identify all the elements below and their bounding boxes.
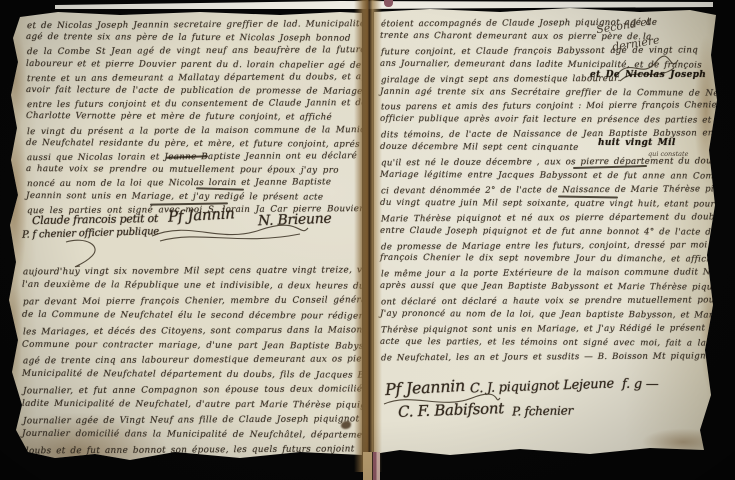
spine-binding-tab	[363, 452, 380, 480]
ribbon-bookmark-tip	[384, 0, 393, 7]
scanned-manuscript-photo: et de Nicolas Joseph Jeannin secretaire …	[0, 0, 735, 480]
signature-jannin-flourish: Pf Jannin	[168, 204, 235, 225]
manuscript-line: du vingt quatre juin Mil sept soixante, …	[380, 197, 735, 213]
manuscript-line: entre Claude Joseph piquignot et de fut …	[380, 224, 735, 240]
interline-insert-date-correction: huit vingt Mil	[598, 138, 676, 148]
interline-insert-nicolas-joseph: et De Nicolas Joseph	[590, 70, 706, 80]
manuscript-line: acte que les parties, et les témoins ont…	[380, 336, 735, 352]
interline-note-qui-constate: qui constate	[648, 150, 689, 158]
manuscript-line: de Neufchatel, les an et Jours et susdit…	[381, 349, 735, 366]
signature-swash-right	[382, 394, 502, 410]
signature-fchenier: P. fchenier	[512, 403, 573, 418]
signature-claude-francois-petit: Claude francois petit ot	[32, 212, 158, 227]
signature-fg: f. g —	[622, 377, 659, 392]
signature-swash-flourish	[150, 224, 310, 244]
book-gutter-fold	[354, 0, 382, 472]
